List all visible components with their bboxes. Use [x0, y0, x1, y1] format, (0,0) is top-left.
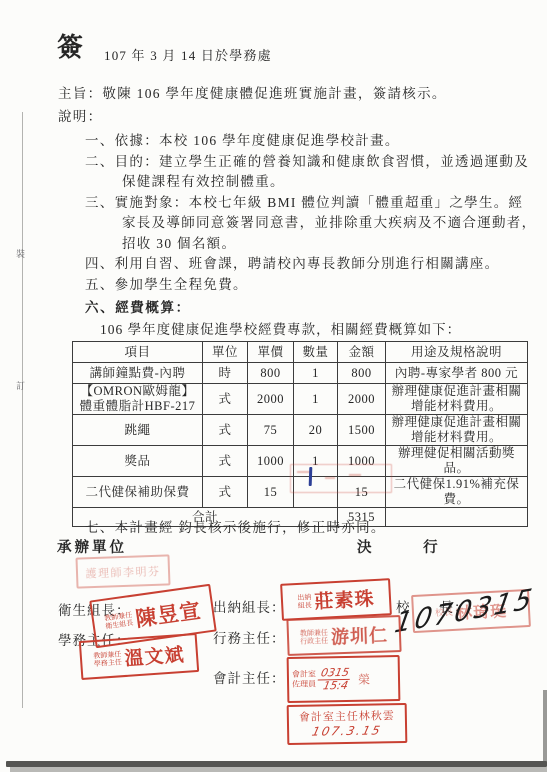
stamp-handwriting: 0315 15:4: [319, 666, 351, 692]
accounting-clerk-stamp: 會計室 佐理員 0315 15:4 榮: [287, 655, 401, 703]
budget-heading: 六、經費概算：: [85, 296, 191, 316]
item-1: 一、依據：本校 106 學年度健康促進學校計畫。: [85, 131, 537, 152]
stamp-role: 教師兼任 學務主任: [93, 650, 122, 668]
cell-desc: 二代健保1.91%補充保費。: [386, 477, 528, 508]
cashier-chief-label: 出納組長：: [213, 596, 286, 616]
cell-unit: 式: [203, 384, 248, 415]
cell-desc: 辦理健康促進計畫相關增能材料費用。: [386, 384, 528, 415]
nurse-stamp: 護理師李明芬: [75, 554, 170, 588]
accounting-director-stamp: 會計室主任林秋雲 107.3.15: [287, 703, 408, 745]
cell-unit: 式: [203, 477, 248, 508]
table-row: 跳繩 式 75 20 1500 辦理健康促進計畫相關增能材料費用。: [73, 415, 528, 446]
stamp-role: 教師兼任 行政主任: [300, 628, 329, 645]
cell-price: 75: [248, 415, 294, 446]
general-affairs-director-stamp: 教師兼任 行政主任 游圳仁: [286, 615, 401, 656]
budget-table-intro: 106 學年度健康促進學校經費專款，相關經費概算如下：: [100, 318, 461, 338]
cell-unit: 式: [203, 415, 248, 446]
stamp-role: 教師兼任 衛生組長: [104, 611, 134, 631]
binding-char-bottom: 訂: [16, 379, 25, 392]
table-row: 講師鐘點費-內聘 時 800 1 800 內聘-專家學者 800 元: [73, 363, 528, 384]
cell-price: 800: [248, 363, 294, 384]
page-edge-shadow-bottom-light: [10, 767, 547, 772]
col-unit: 單位: [203, 342, 248, 363]
cell-item: 講師鐘點費-內聘: [73, 363, 203, 384]
accounting-director-label: 會計主任：: [213, 667, 286, 687]
cell-price: 15: [248, 477, 294, 508]
item-2: 二、目的：建立學生正確的營養知識和健康飲食習慣，並透過運動及保健課程有效控制體重…: [85, 152, 537, 193]
stamp-name: 溫文斌: [124, 640, 186, 671]
organizing-unit-label: 承辦單位: [57, 536, 127, 557]
cell-amount: 2000: [338, 384, 386, 415]
item-7: 七、本計畫經 鈞長核示後施行，修正時亦同。: [85, 516, 386, 536]
binding-margin-line: [22, 112, 23, 708]
cell-qty: 1: [294, 363, 338, 384]
cell-desc: 辦理健促相關活動獎品。: [386, 446, 528, 477]
general-affairs-director-label: 行務主任：: [213, 627, 286, 647]
cell-desc: 辦理健康促進計畫相關增能材料費用。: [386, 415, 528, 446]
cell-amount: 1500: [338, 415, 386, 446]
item-3: 三、實施對象：本校七年級 BMI 體位判讀「體重超重」之學生。經家長及導師同意簽…: [85, 193, 537, 255]
item-4: 四、利用自習、班會課，聘請校內專長教師分別進行相關講座。: [85, 254, 537, 275]
cell-price: 2000: [248, 384, 294, 415]
cell-qty: 1: [294, 384, 338, 415]
table-header-row: 項目 單位 單價 數量 金額 用途及規格說明: [73, 342, 528, 363]
col-desc: 用途及規格說明: [386, 342, 528, 363]
col-price: 單價: [248, 342, 294, 363]
stamp-name: 陳昱宣: [134, 594, 204, 633]
stamp-role: 出納 組長: [297, 593, 312, 610]
col-qty: 數量: [294, 342, 338, 363]
cell-unit: 式: [203, 446, 248, 477]
stamp-name: 游圳仁: [331, 621, 389, 649]
nurse-stamp-text: 護理師李明芬: [85, 562, 161, 581]
page-edge-shadow-right: [543, 690, 547, 765]
binding-char-top: 裝: [16, 247, 25, 260]
cell-item: 二代健保補助保費: [73, 477, 203, 508]
cell-desc: 內聘-專家學者 800 元: [386, 363, 528, 384]
col-amount: 金額: [338, 342, 386, 363]
stamp-role: 會計室 佐理員: [292, 669, 316, 689]
item-5: 五、參加學生全程免費。: [85, 275, 537, 296]
cell-qty: 20: [294, 415, 338, 446]
table-row: 【OMRON歐姆龍】體重體脂計HBF-217 式 2000 1 2000 辦理健…: [73, 384, 528, 415]
cell-item: 跳繩: [73, 415, 203, 446]
stamp-extra-char: 榮: [358, 670, 370, 687]
explanation-items: 一、依據：本校 106 學年度健康促進學校計畫。 二、目的：建立學生正確的營養知…: [85, 131, 537, 295]
cell-item: 獎品: [73, 446, 203, 477]
col-item: 項目: [73, 342, 203, 363]
scanned-document-page: 裝 訂 簽 107 年 3 月 14 日於學務處 主旨：敬陳 106 學年度健康…: [0, 0, 547, 772]
subject-line: 主旨：敬陳 106 學年度健康體促進班實施計畫，簽請核示。: [58, 82, 447, 102]
student-affairs-director-stamp: 教師兼任 學務主任 溫文斌: [79, 633, 199, 680]
document-type-title: 簽: [57, 27, 83, 64]
document-date-line: 107 年 3 月 14 日於學務處: [104, 45, 272, 64]
explanation-label: 說明：: [58, 105, 102, 125]
cell-unit: 時: [203, 363, 248, 384]
stamp-lines: 會計室主任林秋雲 107.3.15: [299, 709, 395, 739]
stamp-name: 莊素珠: [314, 584, 375, 614]
cell-item: 【OMRON歐姆龍】體重體脂計HBF-217: [73, 384, 203, 415]
cashier-chief-stamp: 出納 組長 莊素珠: [280, 578, 392, 621]
cell-price: 1000: [248, 446, 294, 477]
decision-label: 決 行: [357, 536, 462, 557]
faint-approval-stamp: [290, 464, 392, 493]
total-desc-empty: [386, 508, 528, 527]
cell-amount: 800: [338, 363, 386, 384]
budget-table: 項目 單位 單價 數量 金額 用途及規格說明 講師鐘點費-內聘 時 800 1 …: [72, 341, 528, 527]
